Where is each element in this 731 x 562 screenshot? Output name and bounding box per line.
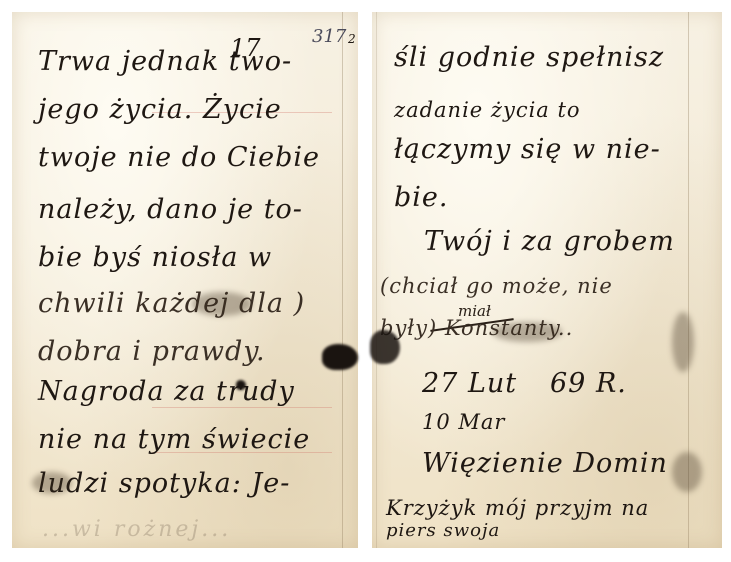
date-day-2: 10 Mar bbox=[422, 410, 505, 434]
right-manuscript-page: śli godnie spełnisz zadanie życia to łąc… bbox=[372, 12, 722, 548]
manuscript-line: łączymy się w nie- bbox=[394, 134, 661, 165]
manuscript-line: bie byś niosła w bbox=[38, 242, 272, 273]
manuscript-line: nie na tym świecie bbox=[38, 424, 310, 455]
folio-number-pencil: 317 bbox=[312, 26, 346, 47]
left-edge-margin-line bbox=[376, 12, 377, 548]
postscript-line: Krzyżyk mój przyjm na bbox=[386, 496, 649, 520]
manuscript-line: śli godnie spełnisz bbox=[394, 42, 664, 73]
manuscript-line: Trwa jednak two- bbox=[38, 46, 292, 77]
ink-smudge bbox=[192, 292, 252, 316]
postscript-line: piers swoja bbox=[386, 520, 500, 541]
manuscript-line: chwili każdej dla ) bbox=[38, 288, 305, 319]
date-year: 69 R. bbox=[550, 368, 627, 399]
manuscript-line: twoje nie do Ciebie bbox=[38, 142, 320, 173]
manuscript-line: należy, dano je to- bbox=[38, 194, 303, 225]
ink-smudge bbox=[672, 452, 702, 492]
right-edge-margin-line bbox=[342, 12, 343, 548]
ink-smudge bbox=[672, 312, 694, 372]
ink-smudge bbox=[492, 322, 562, 342]
date-day-1: 27 Lut bbox=[422, 368, 517, 399]
ink-blot bbox=[370, 330, 400, 364]
ink-blot bbox=[322, 344, 358, 370]
ruling-line bbox=[152, 407, 332, 408]
manuscript-line: jego życia. Życie bbox=[38, 94, 282, 125]
manuscript-line: ludzi spotyka: Je- bbox=[38, 468, 290, 499]
ink-smudge bbox=[32, 472, 72, 494]
manuscript-line: bie. bbox=[394, 182, 448, 213]
manuscript-line-parenthetical: (chciał go może, nie bbox=[380, 274, 613, 298]
manuscript-line: zadanie życia to bbox=[394, 98, 581, 122]
manuscript-line: dobra i prawdy. bbox=[38, 336, 266, 367]
manuscript-line: Twój i za grobem bbox=[424, 226, 675, 257]
left-manuscript-page: 17 317 2 Trwa jednak two- jego życia. Ży… bbox=[12, 12, 358, 548]
margin-mark: 2 bbox=[348, 32, 356, 46]
ink-blot bbox=[236, 380, 246, 390]
bleed-through-text: ...wi rożnej... bbox=[42, 517, 231, 542]
place-line: Więzienie Domin bbox=[422, 448, 668, 479]
manuscript-line: Nagroda za trudy bbox=[38, 376, 295, 407]
